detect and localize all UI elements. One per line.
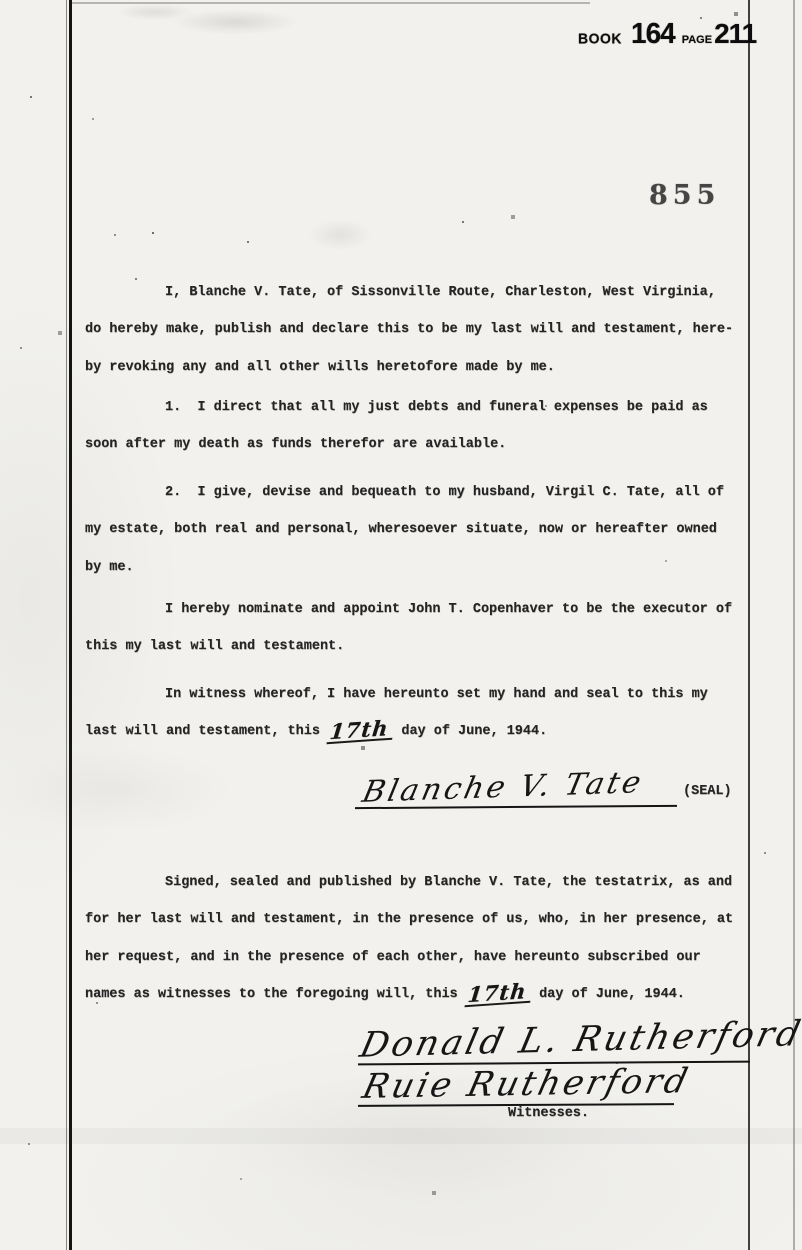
text-segment: last will and testament, this	[85, 724, 328, 739]
page-edge-line	[793, 0, 795, 1250]
top-edge-line	[70, 2, 590, 4]
text-line: by revoking any and all other wills here…	[85, 349, 765, 386]
book-page-stamp: BOOK 164 PAGE 211	[578, 18, 756, 50]
text-line: last will and testament, this 17th day o…	[85, 713, 765, 750]
paragraph-attestation: Signed, sealed and published by Blanche …	[85, 864, 765, 1013]
left-binding-line-thin	[66, 0, 67, 1250]
scan-smudge-band	[0, 1128, 802, 1144]
text-line: 2. I give, devise and bequeath to my hus…	[85, 474, 765, 511]
text-segment: day of June, 1944.	[393, 724, 547, 739]
witnesses-label: Witnesses.	[508, 1106, 589, 1121]
text-line: this my last will and testament.	[85, 628, 765, 665]
witness-signature-2: Ruie Rutherford	[359, 1061, 694, 1107]
page-label: PAGE	[682, 34, 712, 46]
handwritten-day: 17th	[327, 718, 395, 744]
text-segment: names as witnesses to the foregoing will…	[85, 987, 466, 1002]
document-number-stamp: 855	[649, 180, 720, 211]
text-line: by me.	[85, 549, 765, 586]
text-segment: day of June, 1944.	[531, 987, 685, 1002]
text-line: for her last will and testament, in the …	[85, 901, 765, 938]
text-line: Signed, sealed and published by Blanche …	[85, 864, 765, 901]
text-line: In witness whereof, I have hereunto set …	[85, 676, 765, 713]
text-line: names as witnesses to the foregoing will…	[85, 976, 765, 1013]
text-line: soon after my death as funds therefor ar…	[85, 426, 765, 463]
paragraph-bequest: 2. I give, devise and bequeath to my hus…	[85, 474, 765, 586]
text-line: I hereby nominate and appoint John T. Co…	[85, 591, 765, 628]
handwritten-day: 17th	[464, 981, 532, 1007]
book-label: BOOK	[578, 30, 622, 47]
left-binding-line	[69, 0, 72, 1250]
paragraph-debts: 1. I direct that all my just debts and f…	[85, 389, 765, 464]
text-line: do hereby make, publish and declare this…	[85, 311, 765, 348]
paragraph-testimonium: In witness whereof, I have hereunto set …	[85, 676, 765, 751]
paper-specks	[0, 0, 2, 2]
text-line: 1. I direct that all my just debts and f…	[85, 389, 765, 426]
scanned-will-document: BOOK 164 PAGE 211 855 I, Blanche V. Tate…	[0, 0, 802, 1250]
book-number: 164	[631, 18, 675, 51]
seal-label: (SEAL)	[683, 784, 732, 799]
paragraph-executor: I hereby nominate and appoint John T. Co…	[85, 591, 765, 666]
paragraph-opening: I, Blanche V. Tate, of Sissonville Route…	[85, 274, 765, 386]
page-number: 211	[714, 18, 756, 50]
testatrix-signature: Blanche V. Tate	[359, 765, 647, 810]
witness-signature-1: Donald L. Rutherford	[356, 1014, 802, 1065]
text-line: her request, and in the presence of each…	[85, 939, 765, 976]
text-line: my estate, both real and personal, where…	[85, 511, 765, 548]
text-line: I, Blanche V. Tate, of Sissonville Route…	[85, 274, 765, 311]
